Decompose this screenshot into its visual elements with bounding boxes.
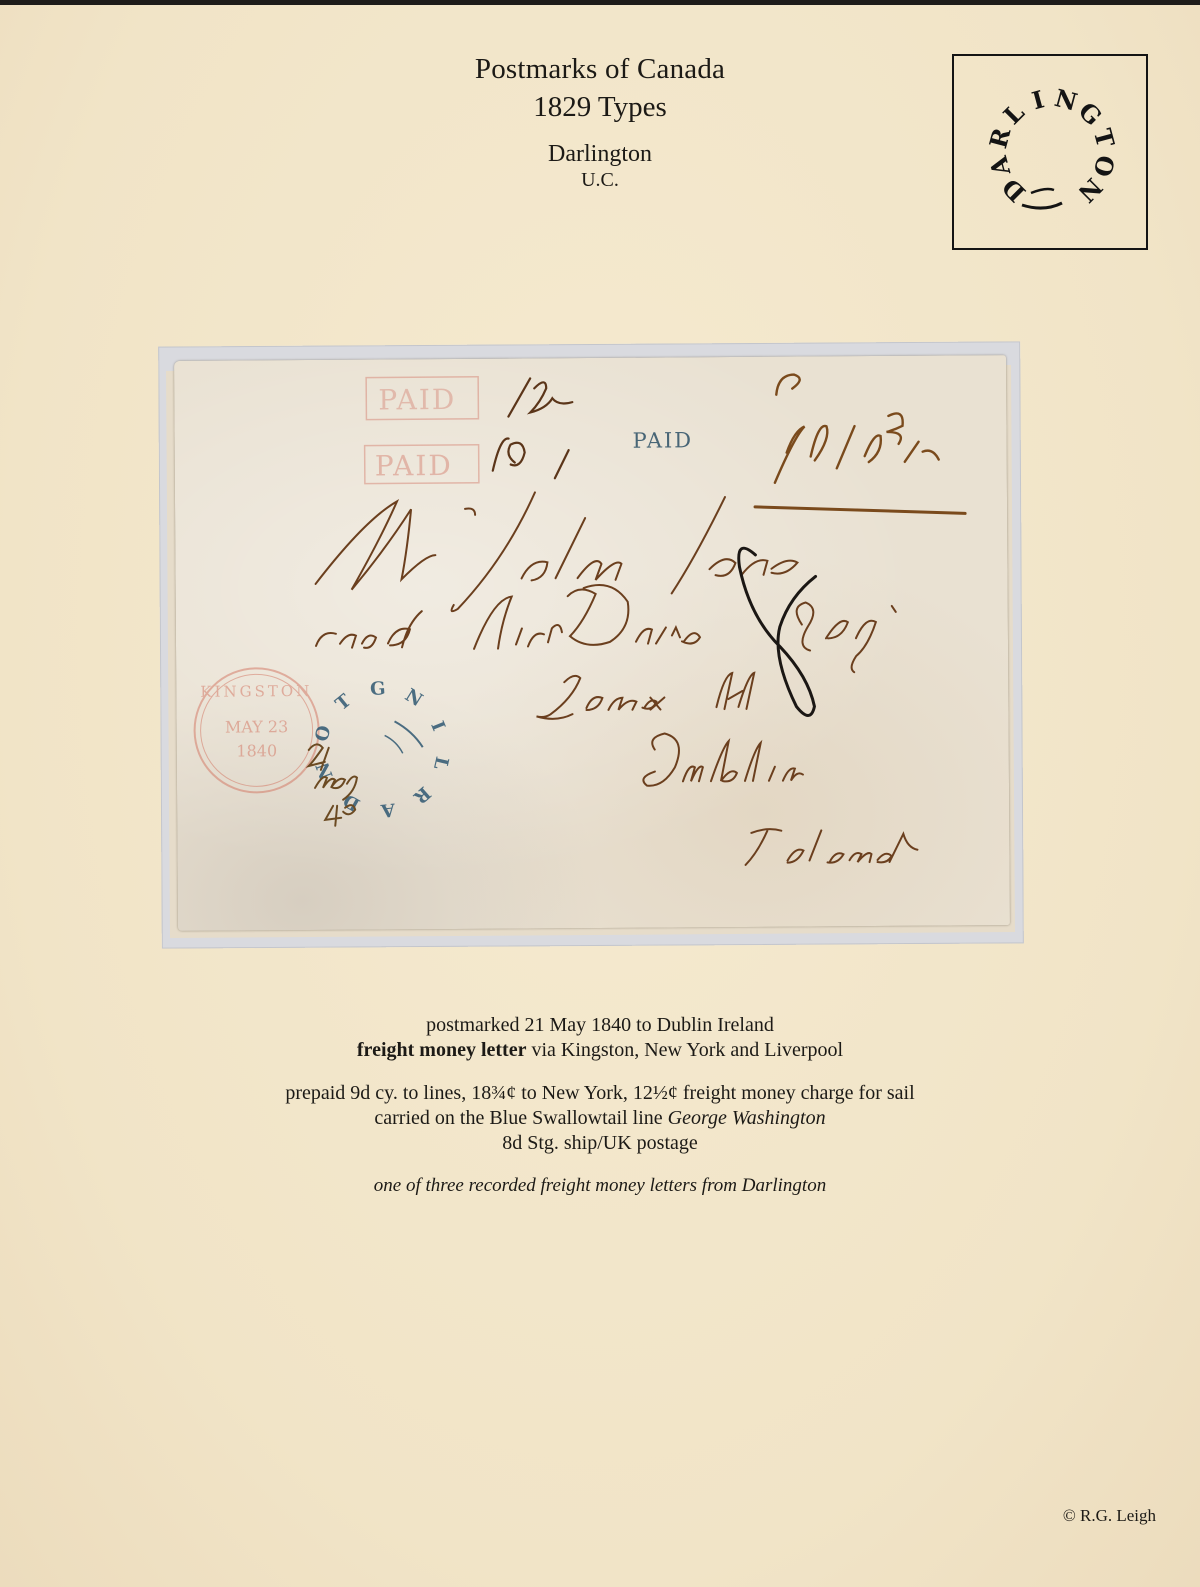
page-header: Postmarks of Canada 1829 Types Darlingto… [390, 50, 810, 192]
svg-text:I: I [426, 718, 449, 734]
svg-text:MAY 23: MAY 23 [225, 717, 288, 736]
caption-route: freight money letter via Kingston, New Y… [200, 1038, 1000, 1063]
svg-text:PAID: PAID [378, 383, 456, 417]
svg-text:PAID: PAID [633, 428, 694, 452]
svg-text:L: L [429, 754, 452, 771]
svg-text:N: N [1072, 172, 1108, 208]
caption-ship-name: George Washington [668, 1107, 826, 1129]
svg-text:1840: 1840 [236, 741, 277, 760]
svg-text:R: R [983, 124, 1016, 152]
darlington-circular-postmark-icon: DARLINGTON [954, 56, 1146, 248]
darlington-postmark-icon: DARLINGTON [311, 678, 453, 822]
manuscript-date [309, 744, 358, 826]
copyright-notice: © R.G. Leigh [1063, 1506, 1156, 1526]
caption-postmark-date: postmarked 21 May 1840 to Dublin Ireland [200, 1013, 1000, 1038]
svg-text:G: G [1073, 96, 1108, 131]
svg-text:G: G [369, 678, 386, 700]
svg-text:D: D [996, 173, 1031, 208]
postmark-illustration-box: DARLINGTON [952, 54, 1148, 250]
svg-text:KINGSTON: KINGSTON [200, 682, 312, 701]
exhibit-caption: postmarked 21 May 1840 to Dublin Ireland… [200, 1013, 1000, 1198]
page-top-edge [0, 0, 1200, 5]
town-name: Darlington [390, 140, 810, 168]
manuscript-rate-left [492, 378, 573, 479]
svg-text:L: L [998, 97, 1031, 130]
kingston-postmark-icon: KINGSTON MAY 23 1840 [194, 668, 319, 793]
svg-text:N: N [1052, 83, 1081, 117]
exhibit-page: Postmarks of Canada 1829 Types Darlingto… [0, 0, 1200, 1587]
cover-markings: PAID PAID PAID [174, 355, 1010, 931]
caption-route-text: via Kingston, New York and Liverpool [526, 1039, 843, 1061]
page-title: Postmarks of Canada [390, 50, 810, 88]
caption-letter-type: freight money letter [357, 1039, 527, 1061]
manuscript-rate-right [754, 373, 965, 514]
caption-rarity-note: one of three recorded freight money lett… [200, 1174, 1000, 1198]
svg-text:R: R [409, 782, 435, 808]
caption-rates: prepaid 9d cy. to lines, 18¾¢ to New Yor… [200, 1081, 1000, 1106]
svg-text:O: O [311, 723, 335, 744]
svg-text:PAID: PAID [375, 449, 453, 483]
caption-ship-line: carried on the Blue Swallowtail line [374, 1107, 667, 1129]
address-handwriting [315, 490, 918, 868]
svg-text:T: T [332, 690, 356, 715]
svg-text:A: A [983, 153, 1016, 180]
postal-cover: PAID PAID PAID [174, 355, 1010, 931]
page-subtitle: 1829 Types [390, 88, 810, 126]
svg-text:N: N [401, 685, 426, 712]
caption-uk-postage: 8d Stg. ship/UK postage [200, 1131, 1000, 1156]
svg-text:A: A [379, 798, 397, 821]
svg-text:T: T [1088, 126, 1121, 151]
caption-ship: carried on the Blue Swallowtail line Geo… [200, 1106, 1000, 1131]
svg-text:I: I [1029, 84, 1047, 115]
province-name: U.C. [390, 168, 810, 192]
